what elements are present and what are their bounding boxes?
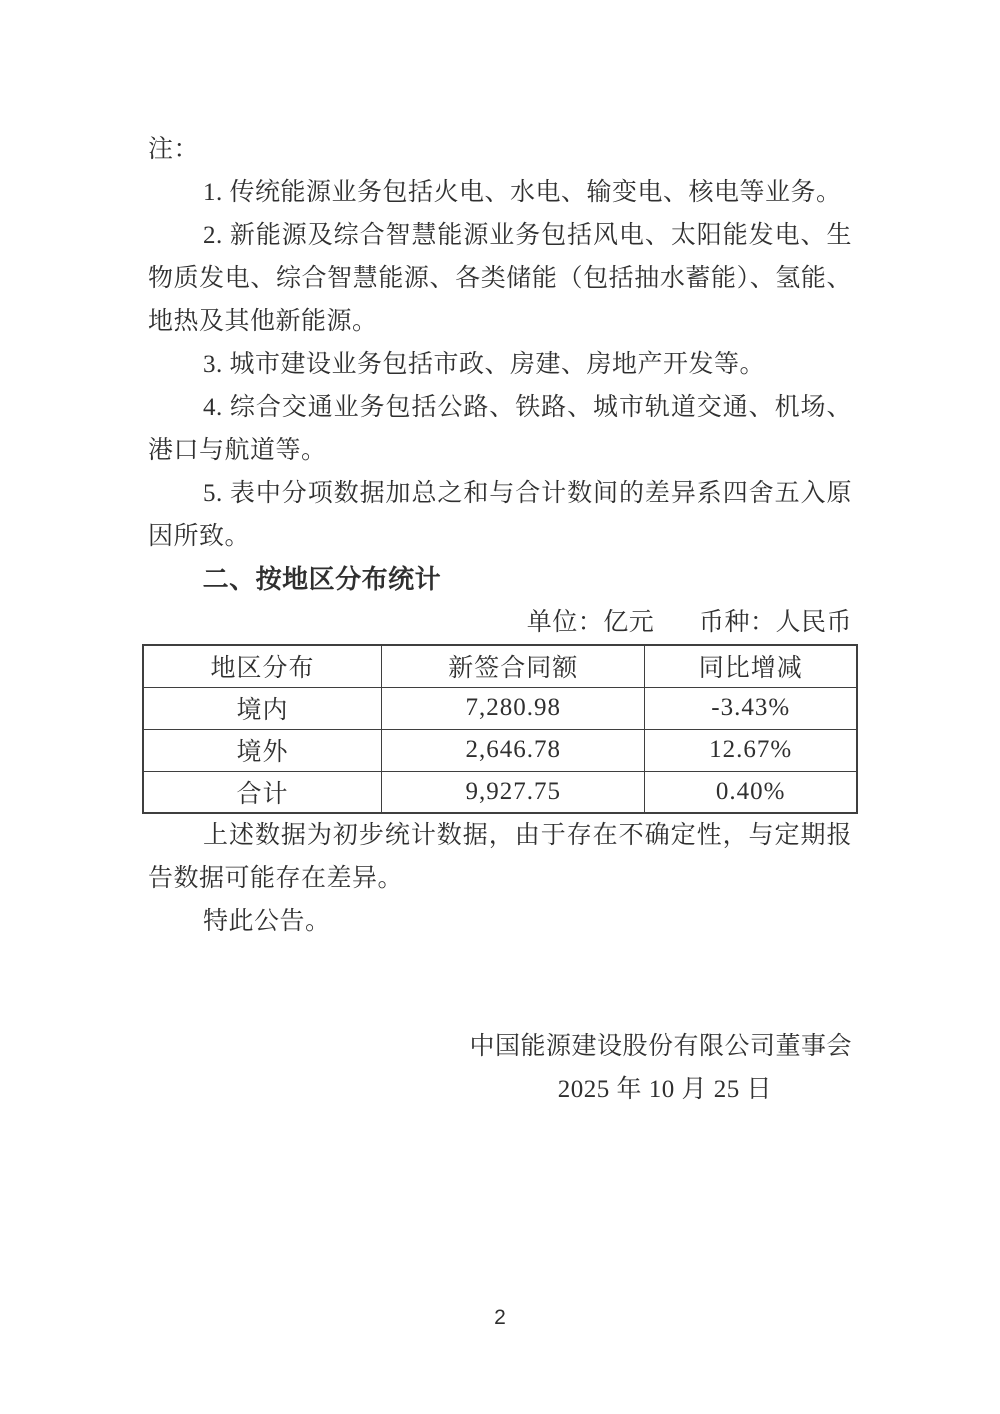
- table-row-overseas: 境外 2,646.78 12.67%: [143, 729, 857, 771]
- cell-domestic-region: 境内: [143, 687, 381, 729]
- disclaimer-paragraph: 上述数据为初步统计数据，由于存在不确定性，与定期报告数据可能存在差异。: [148, 814, 852, 900]
- note-item-2: 2. 新能源及综合智慧能源业务包括风电、太阳能发电、生物质发电、综合智慧能源、各…: [148, 214, 852, 343]
- signature-company: 中国能源建设股份有限公司董事会: [148, 1025, 852, 1068]
- note-item-1: 1. 传统能源业务包括火电、水电、输变电、核电等业务。: [148, 171, 852, 214]
- region-table: 地区分布 新签合同额 同比增减 境内 7,280.98 -3.43% 境外 2,…: [142, 644, 858, 814]
- cell-domestic-change: -3.43%: [645, 687, 857, 729]
- unit-line: 单位：亿元 币种：人民币: [148, 601, 852, 644]
- signature-date: 2025 年 10 月 25 日: [148, 1068, 852, 1111]
- cell-overseas-region: 境外: [143, 729, 381, 771]
- note-item-3: 3. 城市建设业务包括市政、房建、房地产开发等。: [148, 343, 852, 386]
- table-row-domestic: 境内 7,280.98 -3.43%: [143, 687, 857, 729]
- notes-label: 注：: [148, 128, 852, 171]
- cell-overseas-amount: 2,646.78: [381, 729, 644, 771]
- cell-total-amount: 9,927.75: [381, 771, 644, 813]
- announcement-line: 特此公告。: [148, 900, 852, 943]
- unit-label: 单位：亿元: [527, 609, 655, 636]
- col-header-region: 地区分布: [143, 645, 381, 687]
- page-content: 注： 1. 传统能源业务包括火电、水电、输变电、核电等业务。 2. 新能源及综合…: [0, 0, 1000, 1111]
- page-number: 2: [0, 1306, 1000, 1330]
- col-header-yoy-change: 同比增减: [645, 645, 857, 687]
- table-row-total: 合计 9,927.75 0.40%: [143, 771, 857, 813]
- col-header-contract-amount: 新签合同额: [381, 645, 644, 687]
- section-heading: 二、按地区分布统计: [148, 558, 852, 601]
- note-item-4: 4. 综合交通业务包括公路、铁路、城市轨道交通、机场、港口与航道等。: [148, 386, 852, 472]
- cell-domestic-amount: 7,280.98: [381, 687, 644, 729]
- signature-block: 中国能源建设股份有限公司董事会 2025 年 10 月 25 日: [148, 1025, 852, 1111]
- cell-total-change: 0.40%: [645, 771, 857, 813]
- currency-label: 币种：人民币: [699, 609, 852, 636]
- note-item-5: 5. 表中分项数据加总之和与合计数间的差异系四舍五入原因所致。: [148, 472, 852, 558]
- cell-overseas-change: 12.67%: [645, 729, 857, 771]
- table-header-row: 地区分布 新签合同额 同比增减: [143, 645, 857, 687]
- document-page: 注： 1. 传统能源业务包括火电、水电、输变电、核电等业务。 2. 新能源及综合…: [0, 0, 1000, 1414]
- cell-total-region: 合计: [143, 771, 381, 813]
